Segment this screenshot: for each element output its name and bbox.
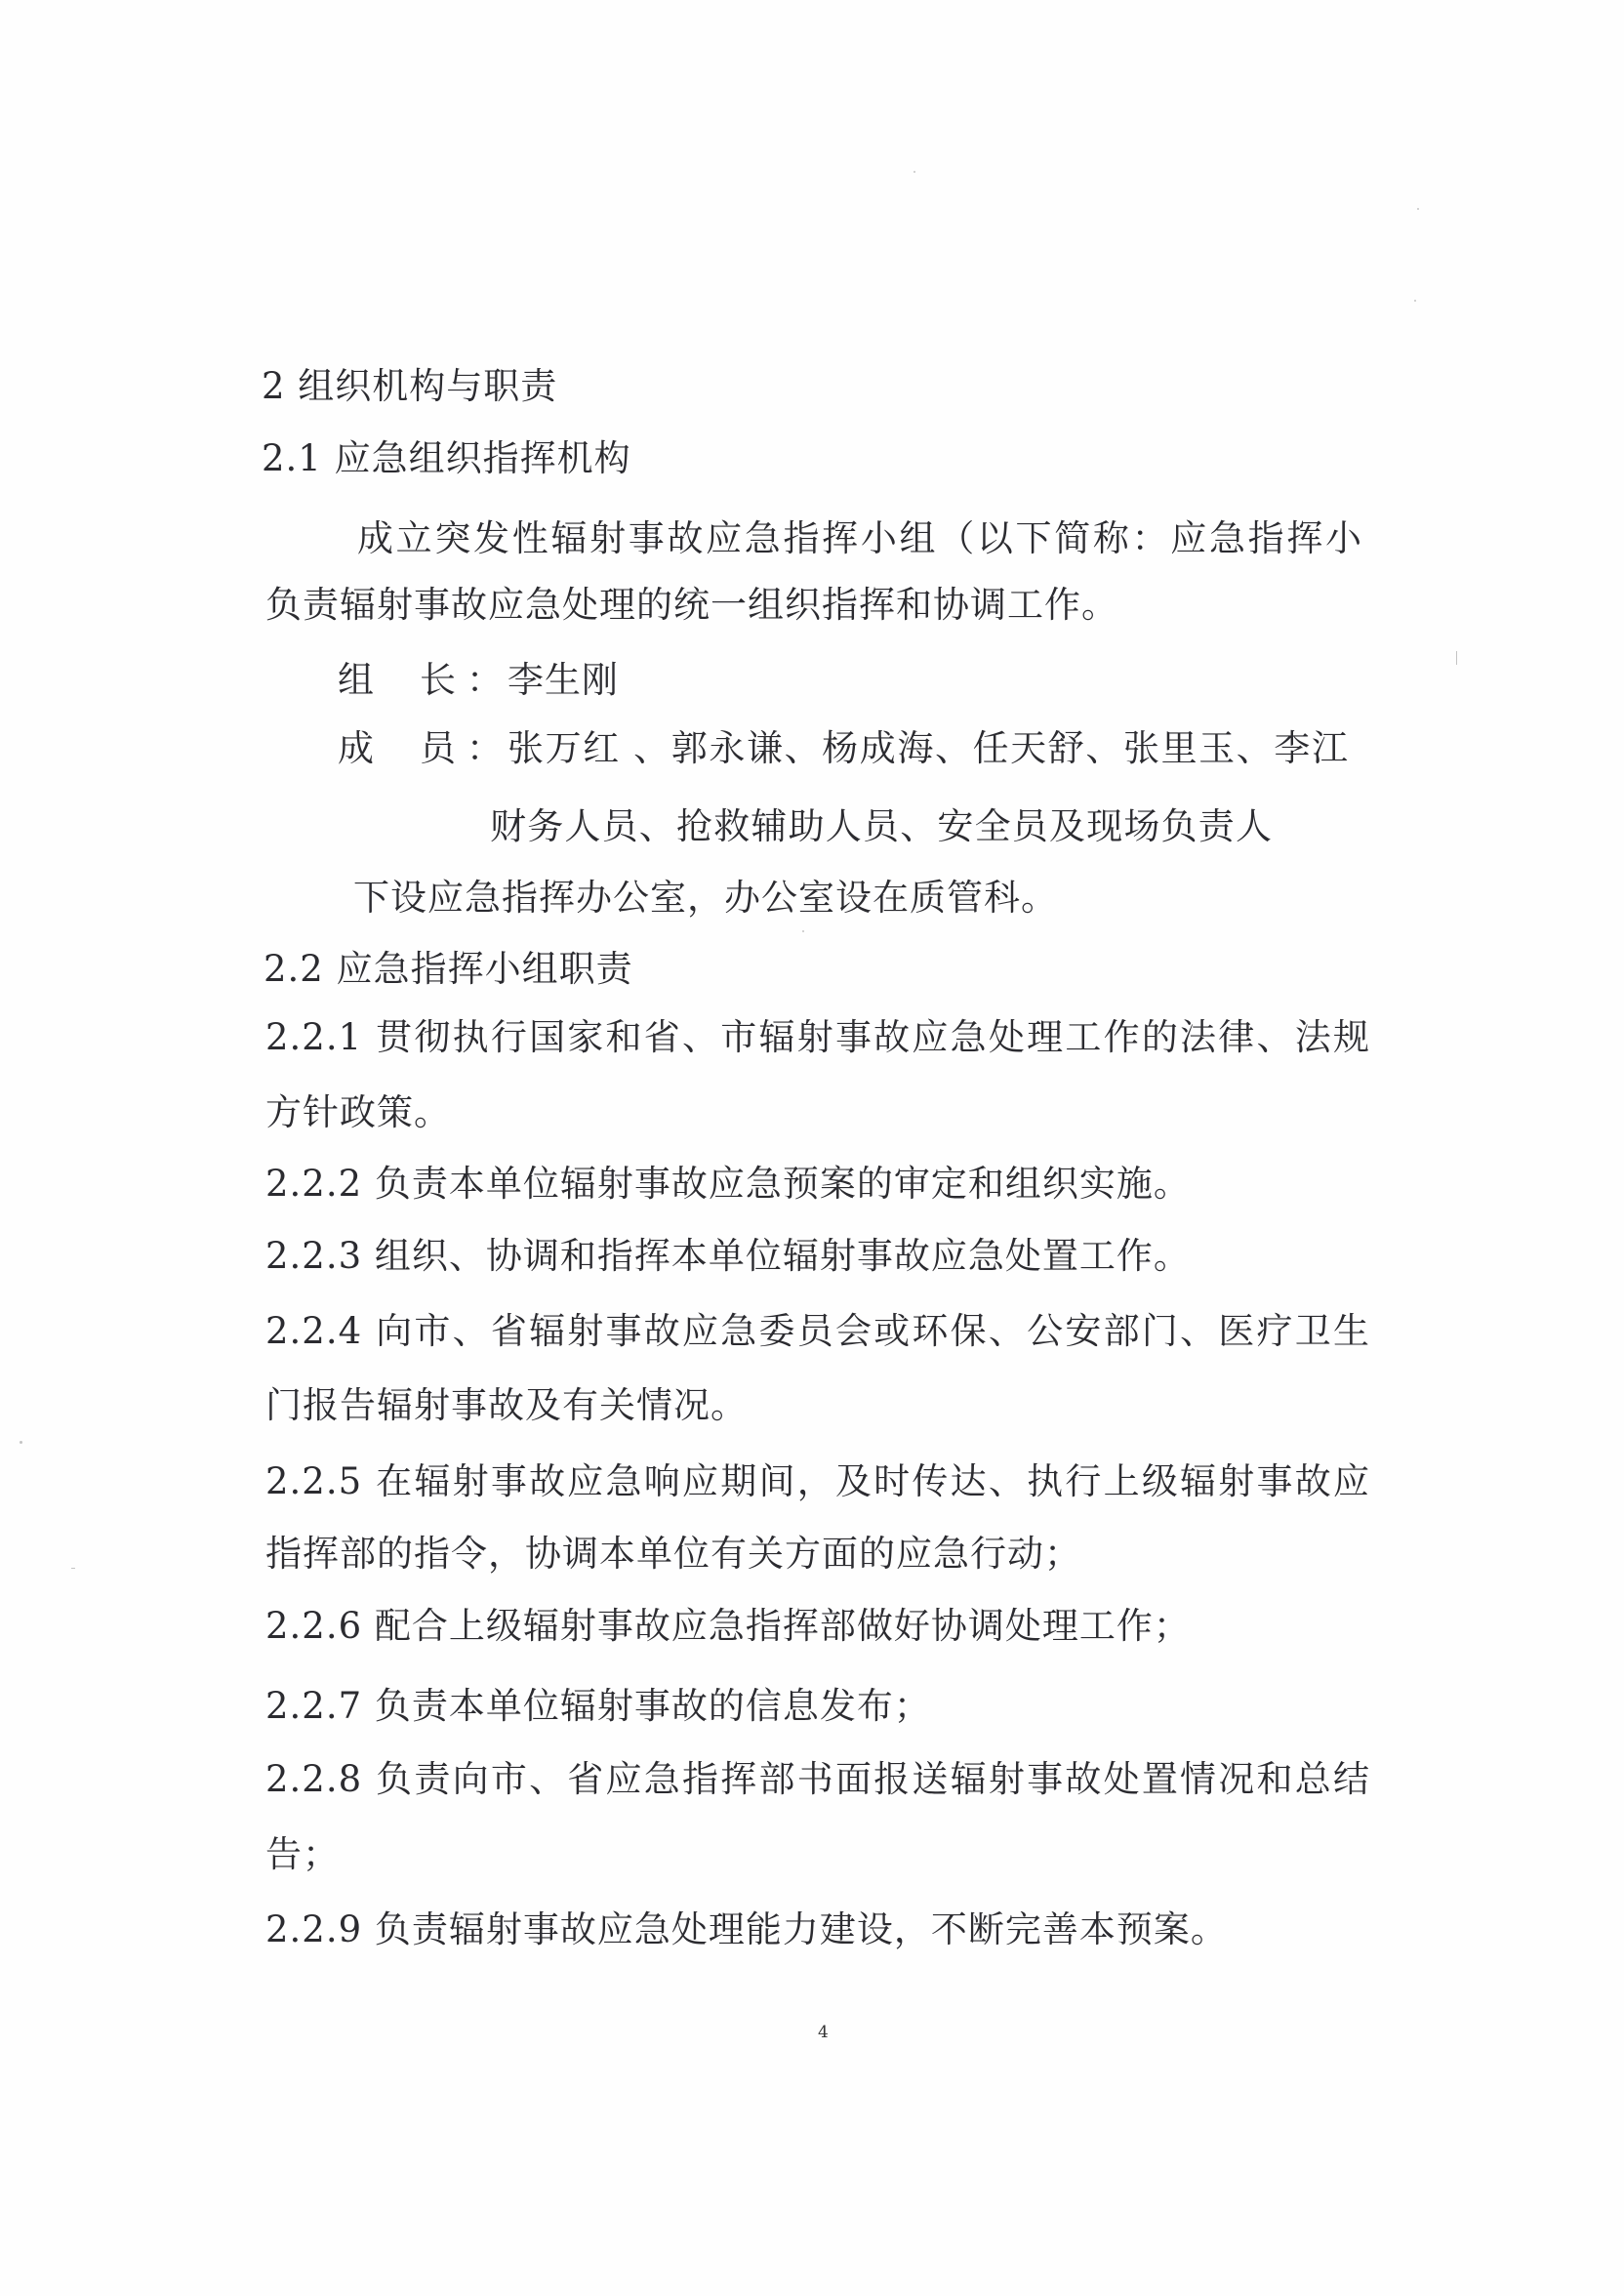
duty-item-2-2-1-line2: 方针政策。: [265, 1090, 451, 1135]
scanned-document-page: 2 组织机构与职责 2.1 应急组织指挥机构 成立突发性辐射事故应急指挥小组（以…: [0, 0, 1624, 2296]
scan-speck: [1417, 208, 1419, 210]
duty-item-2-2-5-line2: 指挥部的指令，协调本单位有关方面的应急行动；: [265, 1532, 1081, 1577]
leader-name: 李生刚: [507, 658, 619, 703]
subsection-title-2-2: 2.2 应急指挥小组职责: [264, 947, 633, 992]
members-colon: ：: [467, 726, 503, 771]
office-note: 下设应急指挥办公室，办公室设在质管科。: [353, 876, 1058, 921]
scan-speck: [20, 1441, 22, 1444]
leader-label-char1: 组: [338, 658, 374, 703]
members-list-line1: 张万红 、郭永谦、杨成海、任天舒、张里玉、李江: [507, 726, 1349, 771]
scan-speck: [1414, 300, 1416, 302]
duty-item-2-2-9: 2.2.9 负责辐射事故应急处理能力建设，不断完善本预案。: [265, 1907, 1228, 1952]
duty-item-2-2-1-line1: 2.2.1 贯彻执行国家和省、市辐射事故应急处理工作的法律、法规及: [265, 1015, 1370, 1060]
scan-speck: [802, 930, 804, 932]
subsection-title-2-1: 2.1 应急组织指挥机构: [262, 436, 631, 481]
scan-speck: [913, 171, 915, 173]
scan-speck: [71, 1568, 75, 1569]
page-number: 4: [818, 2023, 829, 2042]
leader-label-char2: 长: [420, 658, 456, 703]
leader-colon: ：: [467, 658, 503, 703]
members-label-char1: 成: [338, 726, 374, 771]
members-list-line2: 财务人员、抢救辅助人员、安全员及现场负责人: [490, 804, 1273, 849]
duty-item-2-2-8-line1: 2.2.8 负责向市、省应急指挥部书面报送辐射事故处置情况和总结报: [265, 1757, 1370, 1802]
duty-item-2-2-5-line1: 2.2.5 在辐射事故应急响应期间，及时传达、执行上级辐射事故应急: [265, 1459, 1370, 1504]
duty-item-2-2-4-line1: 2.2.4 向市、省辐射事故应急委员会或环保、公安部门、医疗卫生部: [265, 1309, 1370, 1354]
duty-item-2-2-2: 2.2.2 负责本单位辐射事故应急预案的审定和组织实施。: [265, 1162, 1191, 1207]
duty-item-2-2-8-line2: 告；: [265, 1832, 340, 1877]
scan-speck: [1456, 651, 1457, 665]
section-title: 2 组织机构与职责: [262, 364, 557, 409]
paragraph-establish-line1: 成立突发性辐射事故应急指挥小组（以下简称：应急指挥小组），: [357, 516, 1362, 561]
duty-item-2-2-6: 2.2.6 配合上级辐射事故应急指挥部做好协调处理工作；: [265, 1604, 1191, 1649]
paragraph-establish-line2: 负责辐射事故应急处理的统一组织指挥和协调工作。: [265, 583, 1118, 628]
members-label-char2: 员: [420, 726, 456, 771]
duty-item-2-2-7: 2.2.7 负责本单位辐射事故的信息发布；: [265, 1684, 931, 1729]
duty-item-2-2-4-line2: 门报告辐射事故及有关情况。: [265, 1383, 748, 1428]
duty-item-2-2-3: 2.2.3 组织、协调和指挥本单位辐射事故应急处置工作。: [265, 1234, 1191, 1279]
